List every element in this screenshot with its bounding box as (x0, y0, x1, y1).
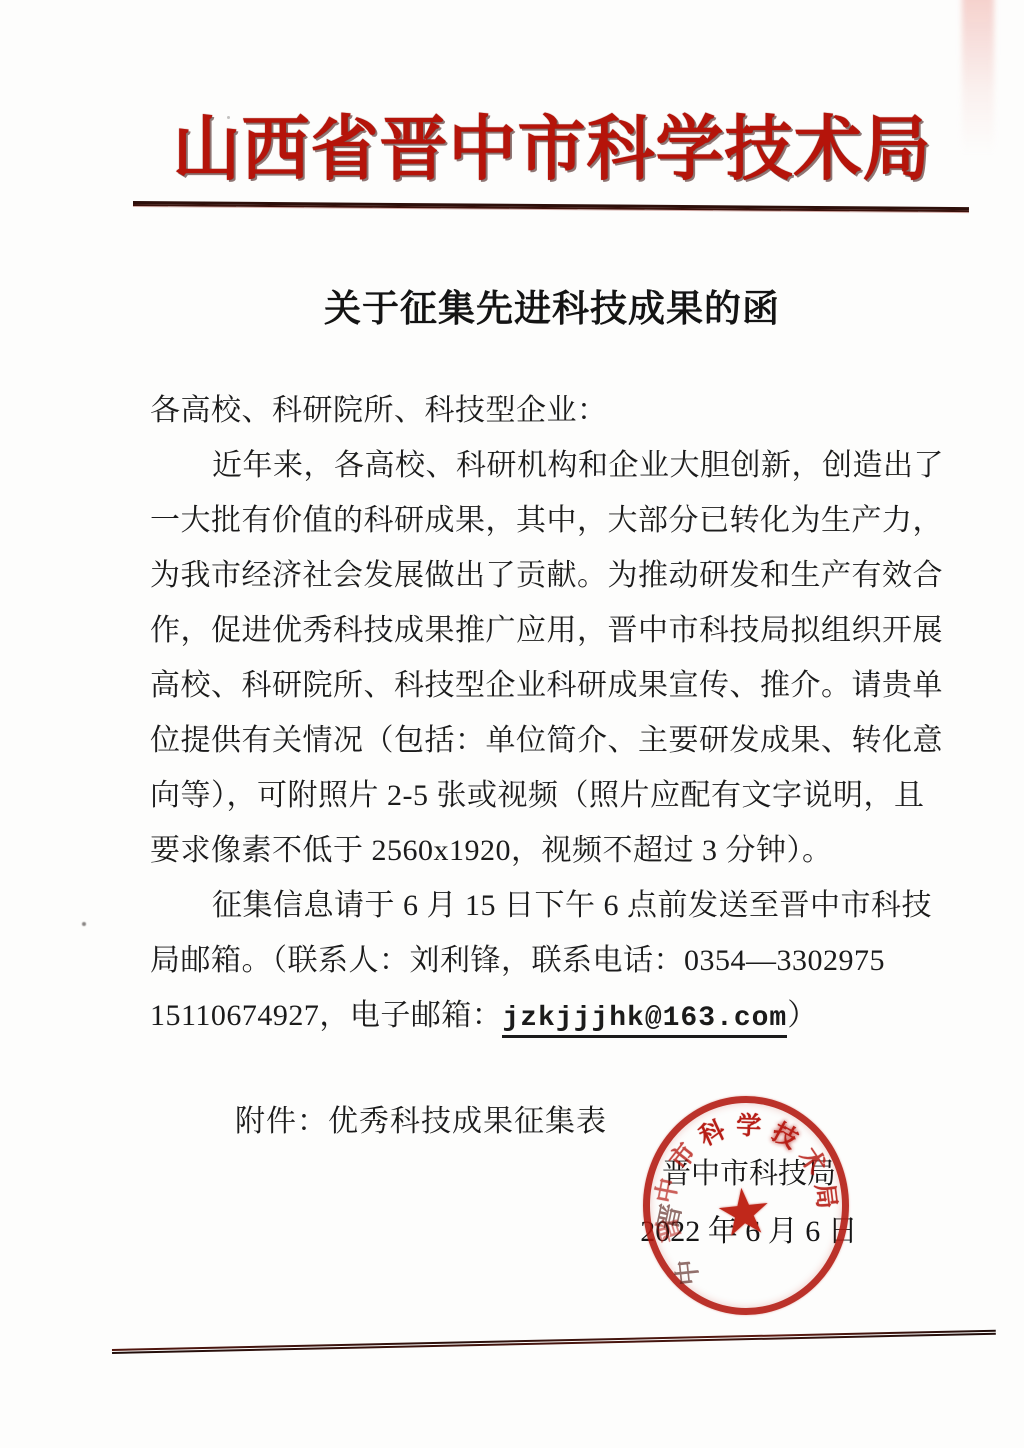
scan-speck (82, 922, 86, 926)
agency-letterhead: 山西省晋中市科学技术局 (135, 104, 969, 193)
star-icon: ★ (706, 1175, 783, 1252)
contact-line-suffix: ） (787, 999, 818, 1032)
contact-email: jzkjjjhk@163.com (502, 1003, 787, 1038)
body-line: 近年来，各高校、科研机构和企业大胆创新，创造出了 (150, 438, 960, 493)
body-line: 征集信息请于 6 月 15 日下午 6 点前发送至晋中市科技 (150, 878, 960, 933)
scanned-document-page: 山西省晋中市科学技术局 关于征集先进科技成果的函 各高校、科研院所、科技型企业：… (0, 0, 1024, 1448)
salutation-line: 各高校、科研院所、科技型企业： (150, 383, 960, 438)
body-line: 向等），可附照片 2-5 张或视频（照片应配有文字说明，且 (150, 768, 960, 823)
contact-line-prefix: 15110674927，电子邮箱： (150, 999, 502, 1032)
body-line: 作，促进优秀科技成果推广应用，晋中市科技局拟组织开展 (150, 603, 960, 658)
document-title: 关于征集先进科技成果的函 (135, 278, 969, 332)
body-line: 高校、科研院所、科技型企业科研成果宣传、推介。请贵单 (150, 658, 960, 713)
body-line: 局邮箱。（联系人：刘利锋，联系电话：0354—3302975 (150, 933, 960, 988)
stamp-ring-char: 局 (808, 1181, 847, 1210)
body-line: 为我市经济社会发展做出了贡献。为推动研发和生产有效合 (150, 548, 960, 603)
body-line: 要求像素不低于 2560x1920，视频不超过 3 分钟）。 (150, 823, 960, 878)
footer-rule (112, 1330, 996, 1354)
body-line: 位提供有关情况（包括：单位简介、主要研发成果、转化意 (150, 713, 960, 768)
document-body: 各高校、科研院所、科技型企业： 近年来，各高校、科研机构和企业大胆创新，创造出了… (150, 383, 960, 1043)
body-line: 一大批有价值的科研成果，其中，大部分已转化为生产力， (150, 493, 960, 548)
stamp-ghost-mark: 中 (666, 1258, 706, 1288)
contact-line: 15110674927，电子邮箱：jzkjjjhk@163.com） (150, 988, 960, 1043)
official-stamp: 晋 中 市 科 学 技 术 局 ★ 晋 中 (643, 1096, 849, 1315)
letterhead-divider-rule (133, 201, 969, 212)
stamp-ring-char: 学 (736, 1105, 762, 1142)
